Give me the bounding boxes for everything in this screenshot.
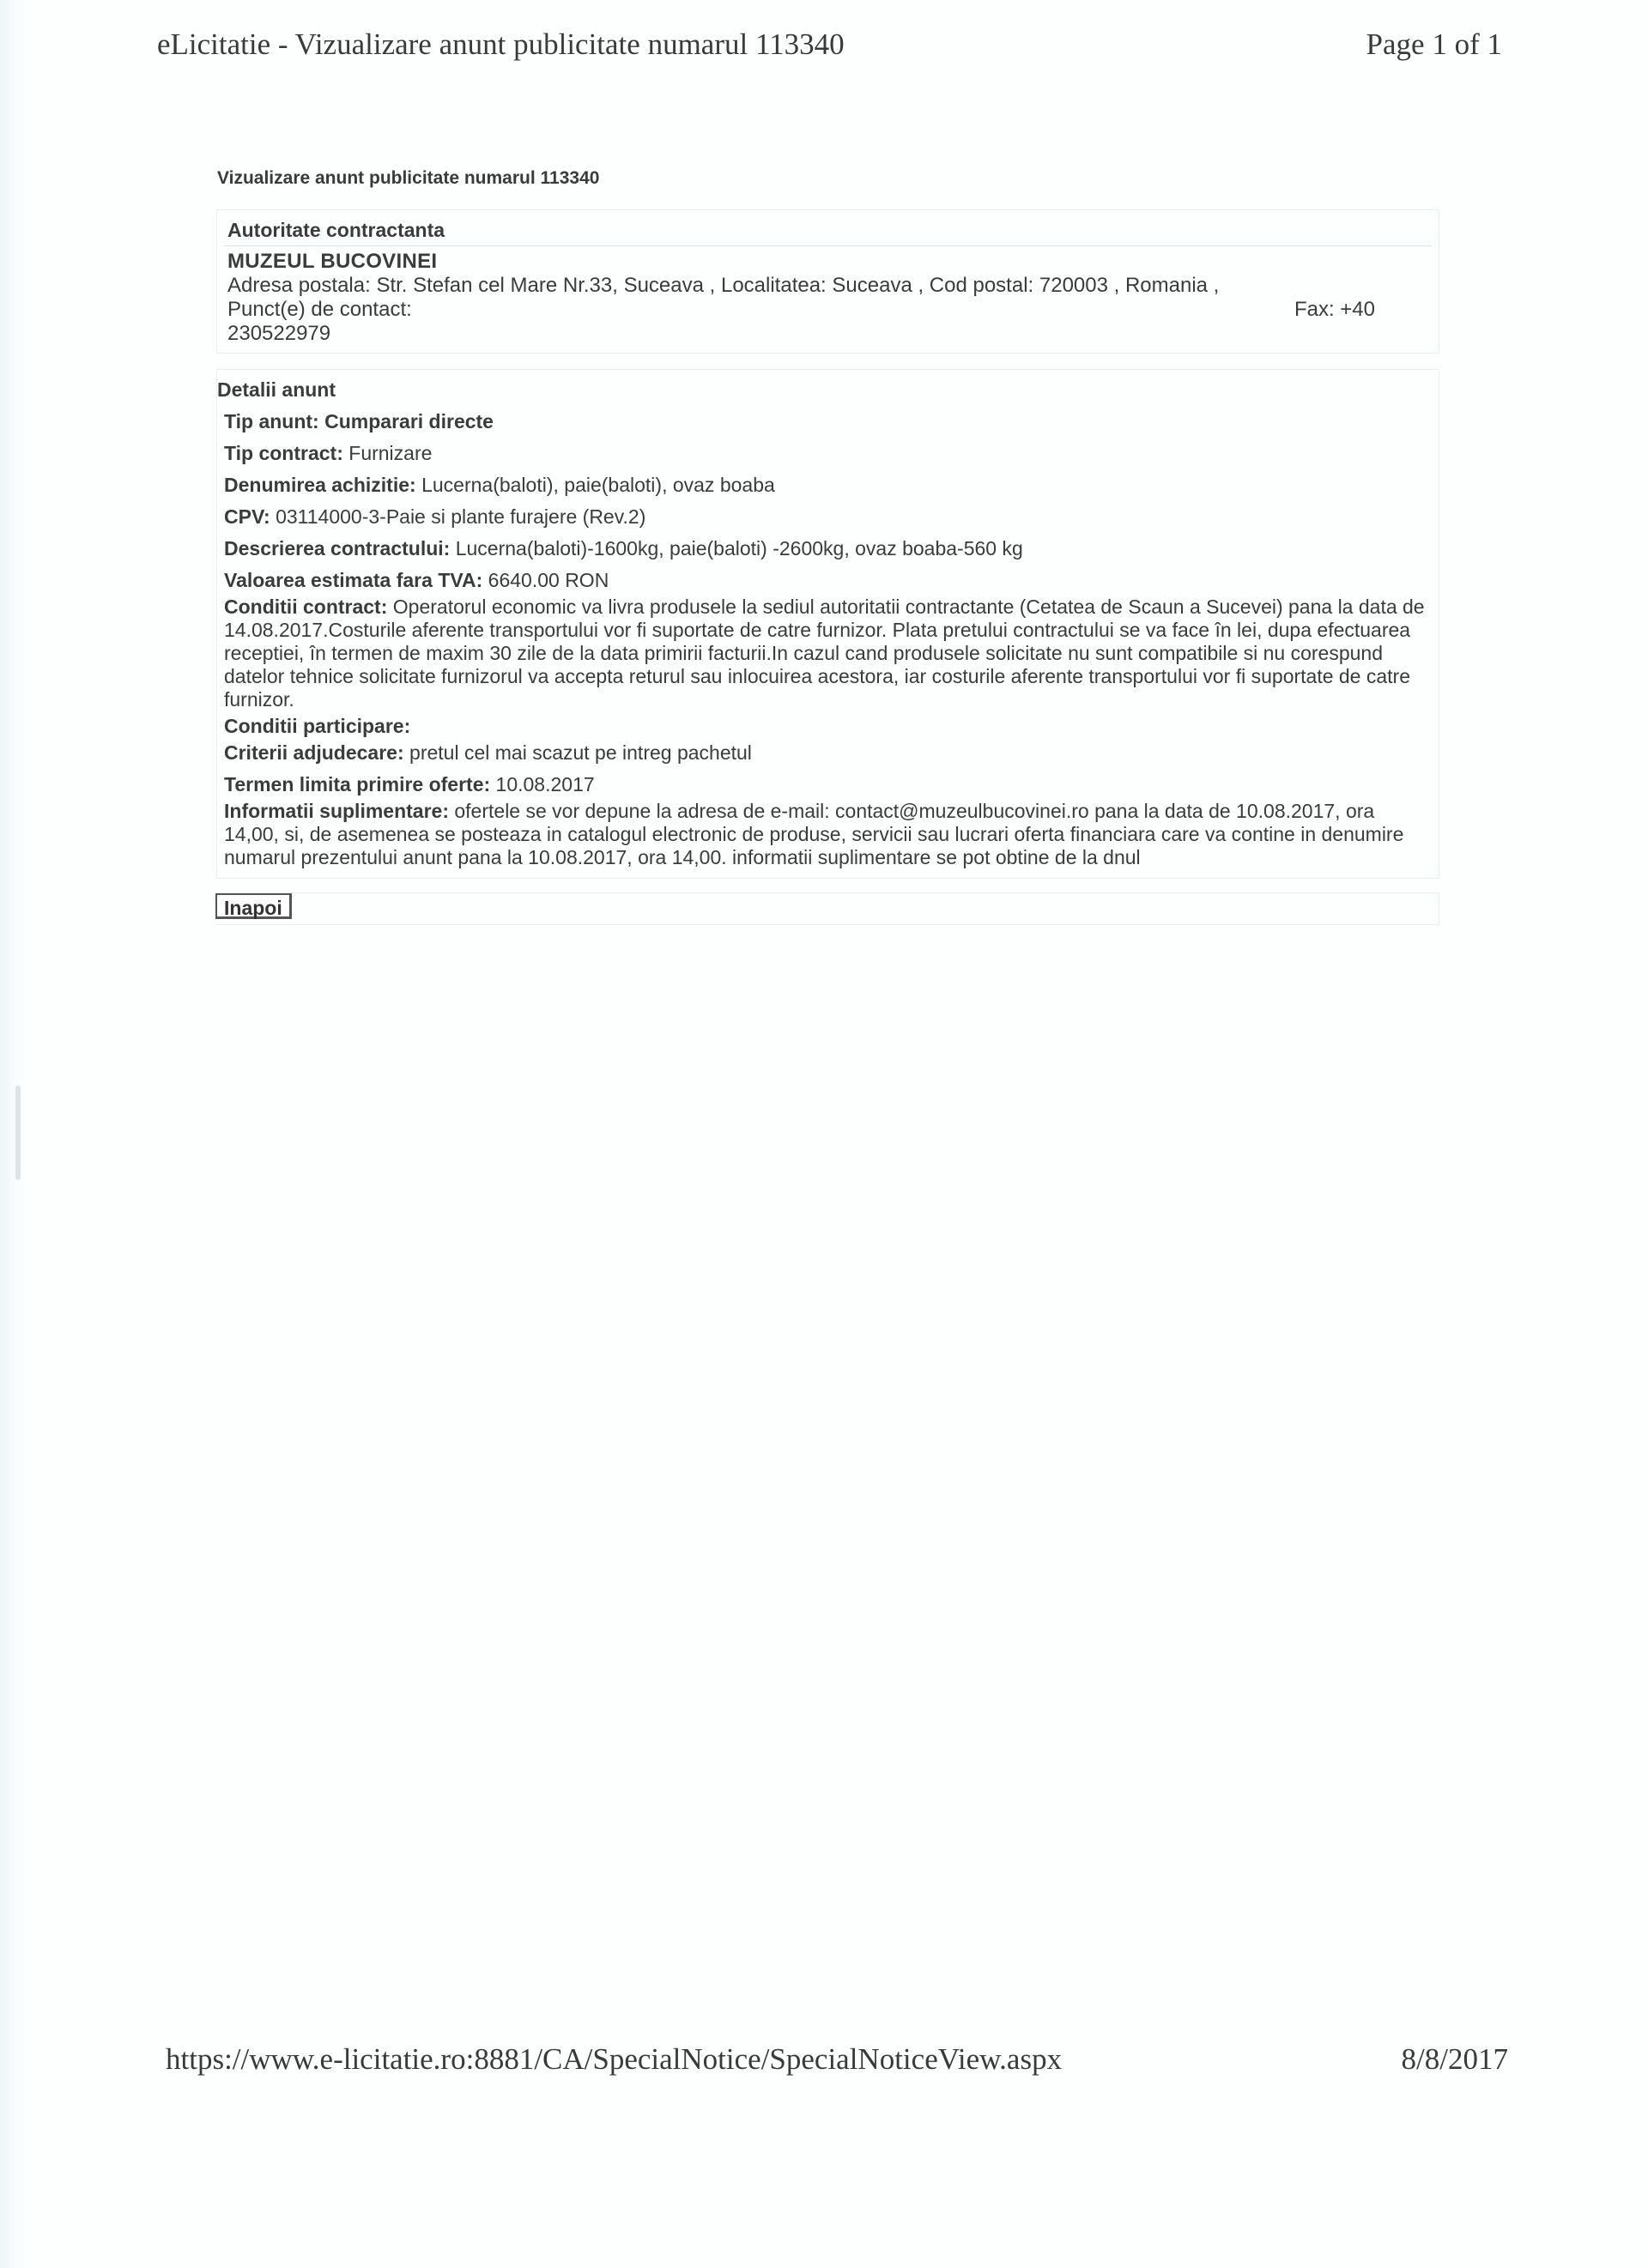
print-header-page: Page 1 of 1 bbox=[1366, 27, 1502, 62]
print-footer-date: 8/8/2017 bbox=[1402, 2042, 1508, 2077]
detail-label: Informatii suplimentare: bbox=[224, 800, 449, 822]
detail-row: Conditii contract: Operatorul economic v… bbox=[217, 594, 1432, 713]
postal-address: Adresa postala: Str. Stefan cel Mare Nr.… bbox=[227, 274, 1428, 298]
authority-name: MUZEUL BUCOVINEI bbox=[224, 246, 1432, 274]
details-section: Detalii anunt Tip anunt: Cumparari direc… bbox=[216, 369, 1439, 879]
detail-label: Termen limita primire oferte: bbox=[224, 773, 490, 795]
print-footer-url: https://www.e-licitatie.ro:8881/CA/Speci… bbox=[166, 2042, 1062, 2077]
authority-heading: Autoritate contractanta bbox=[224, 210, 1432, 246]
fax-label: Fax: +40 bbox=[1294, 298, 1375, 322]
detail-row: Denumirea achizitie: Lucerna(baloti), pa… bbox=[217, 472, 1432, 504]
contact-label: Punct(e) de contact: bbox=[227, 298, 412, 322]
detail-label: Tip contract: bbox=[224, 442, 343, 464]
scan-artifact bbox=[15, 1086, 21, 1180]
page-title: Vizualizare anunt publicitate numarul 11… bbox=[217, 168, 1439, 189]
detail-row: Tip contract: Furnizare bbox=[217, 440, 1432, 472]
authority-section: Autoritate contractanta MUZEUL BUCOVINEI… bbox=[216, 209, 1439, 354]
detail-value: pretul cel mai scazut pe intreg pachetul bbox=[409, 741, 752, 764]
print-footer: https://www.e-licitatie.ro:8881/CA/Speci… bbox=[166, 2042, 1508, 2077]
back-button[interactable]: Inapoi bbox=[215, 893, 292, 919]
details-heading: Detalii anunt bbox=[217, 370, 1432, 408]
detail-label: Criterii adjudecare: bbox=[224, 741, 404, 764]
print-header-title: eLicitatie - Vizualizare anunt publicita… bbox=[157, 27, 845, 62]
detail-label: Tip anunt: bbox=[224, 410, 319, 432]
details-list: Tip anunt: Cumparari directeTip contract… bbox=[217, 408, 1432, 871]
detail-value: Operatorul economic va livra produsele l… bbox=[224, 596, 1425, 711]
notice-content: Vizualizare anunt publicitate numarul 11… bbox=[216, 168, 1439, 925]
scan-edge-shadow bbox=[0, 0, 26, 2268]
authority-address: Adresa postala: Str. Stefan cel Mare Nr.… bbox=[224, 274, 1432, 346]
detail-row: Descrierea contractului: Lucerna(baloti)… bbox=[217, 535, 1432, 567]
print-header: eLicitatie - Vizualizare anunt publicita… bbox=[157, 27, 1502, 62]
detail-label: Conditii participare: bbox=[224, 715, 410, 737]
detail-label: Descrierea contractului: bbox=[224, 537, 450, 559]
detail-value: 10.08.2017 bbox=[496, 773, 595, 795]
actions-bar: Inapoi bbox=[216, 892, 1439, 925]
detail-row: Valoarea estimata fara TVA: 6640.00 RON bbox=[217, 567, 1432, 594]
detail-row: CPV: 03114000-3-Paie si plante furajere … bbox=[217, 504, 1432, 535]
detail-row: Informatii suplimentare: ofertele se vor… bbox=[217, 798, 1432, 871]
detail-row: Criterii adjudecare: pretul cel mai scaz… bbox=[217, 740, 1432, 771]
detail-value: Lucerna(baloti)-1600kg, paie(baloti) -26… bbox=[456, 537, 1023, 559]
detail-label: Conditii contract: bbox=[224, 596, 387, 618]
fax-number: 230522979 bbox=[227, 322, 1428, 346]
detail-value: Lucerna(baloti), paie(baloti), ovaz boab… bbox=[421, 474, 775, 496]
detail-value: 6640.00 RON bbox=[488, 569, 609, 591]
detail-row: Tip anunt: Cumparari directe bbox=[217, 408, 1432, 440]
detail-row: Termen limita primire oferte: 10.08.2017 bbox=[217, 771, 1432, 798]
detail-value: 03114000-3-Paie si plante furajere (Rev.… bbox=[276, 505, 645, 528]
detail-label: Valoarea estimata fara TVA: bbox=[224, 569, 482, 591]
detail-label: CPV: bbox=[224, 505, 270, 528]
detail-row: Conditii participare: bbox=[217, 713, 1432, 740]
detail-label: Denumirea achizitie: bbox=[224, 474, 416, 496]
detail-value: Cumparari directe bbox=[324, 410, 494, 432]
detail-value: Furnizare bbox=[348, 442, 432, 464]
